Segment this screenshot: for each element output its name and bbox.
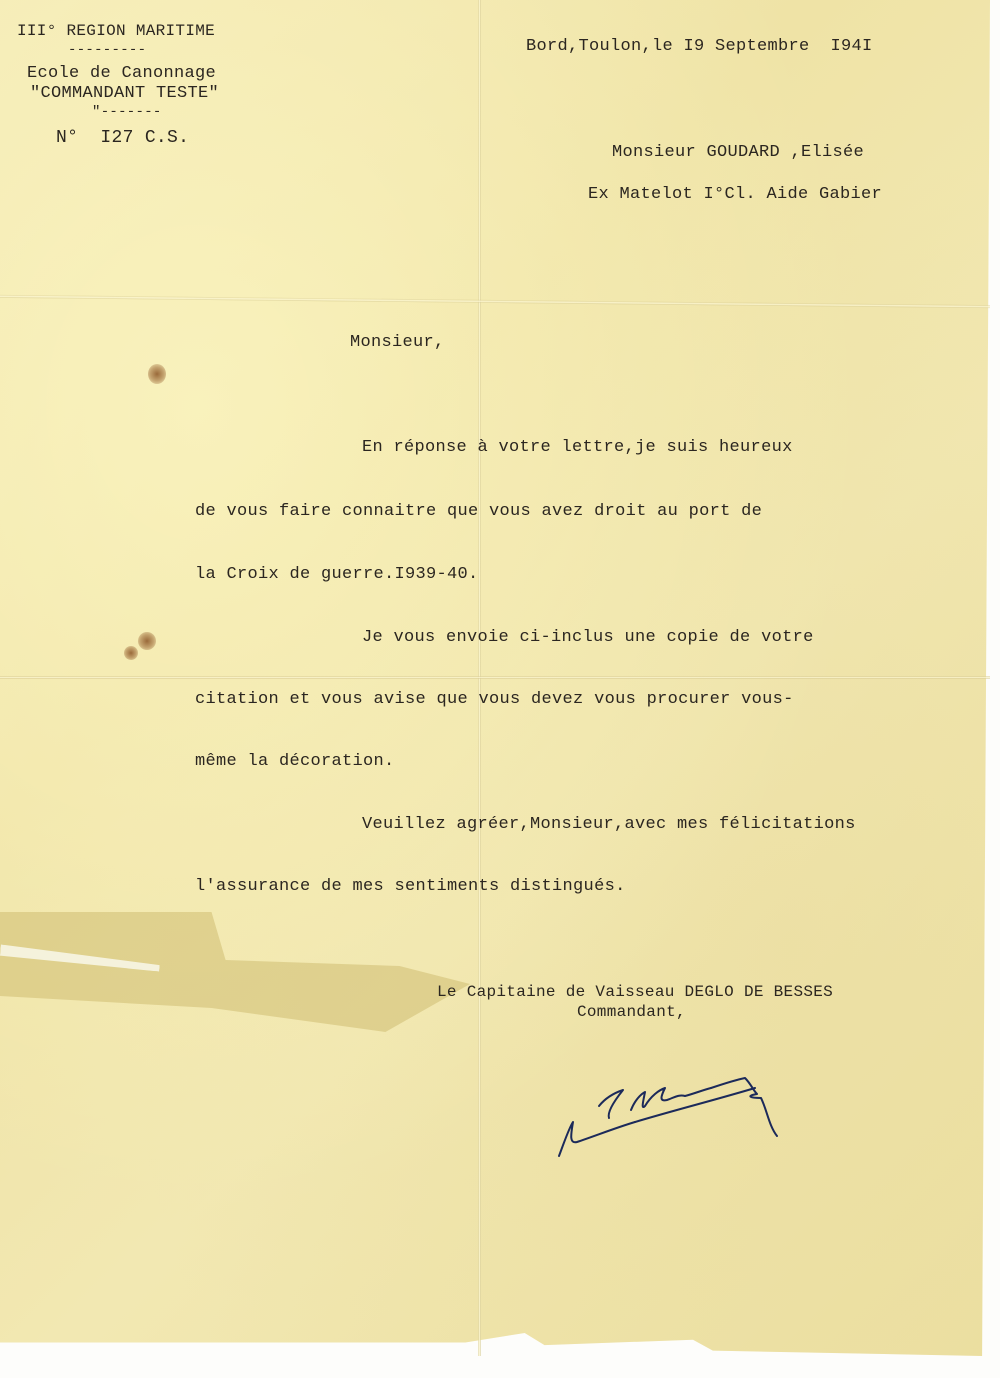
rust-stain <box>148 364 166 384</box>
recipient-rank: Ex Matelot I°Cl. Aide Gabier <box>588 185 882 204</box>
letterhead-rule: --------- <box>68 42 146 58</box>
body-line: Je vous envoie ci-inclus une copie de vo… <box>362 628 814 647</box>
body-line: de vous faire connaitre que vous avez dr… <box>195 502 762 521</box>
letterhead-region: III° REGION MARITIME <box>17 22 215 40</box>
body-line: l'assurance de mes sentiments distingués… <box>195 877 626 896</box>
body-line: Veuillez agréer,Monsieur,avec mes félici… <box>362 815 856 834</box>
letterhead-reference: N° I27 C.S. <box>56 128 189 148</box>
signatory-role: Commandant, <box>577 1003 686 1021</box>
recipient-name: Monsieur GOUDARD ,Elisée <box>612 143 864 162</box>
dateline: Bord,Toulon,le I9 Septembre I94I <box>526 37 873 56</box>
rust-stain <box>138 632 156 650</box>
body-line: même la décoration. <box>195 752 395 771</box>
salutation: Monsieur, <box>350 333 445 352</box>
letterhead-rule: "------- <box>92 104 162 120</box>
letterhead-school-name: "COMMANDANT TESTE" <box>30 84 219 103</box>
handwritten-signature <box>555 1050 815 1160</box>
lower-fold-crease <box>0 676 990 679</box>
body-line: citation et vous avise que vous devez vo… <box>195 690 794 709</box>
signatory-title: Le Capitaine de Vaisseau DEGLO DE BESSES <box>437 983 833 1001</box>
body-line: En réponse à votre lettre,je suis heureu… <box>362 438 793 457</box>
rust-stain <box>124 646 138 660</box>
letterhead-school: Ecole de Canonnage <box>27 64 216 83</box>
body-line: la Croix de guerre.I939-40. <box>195 565 479 584</box>
